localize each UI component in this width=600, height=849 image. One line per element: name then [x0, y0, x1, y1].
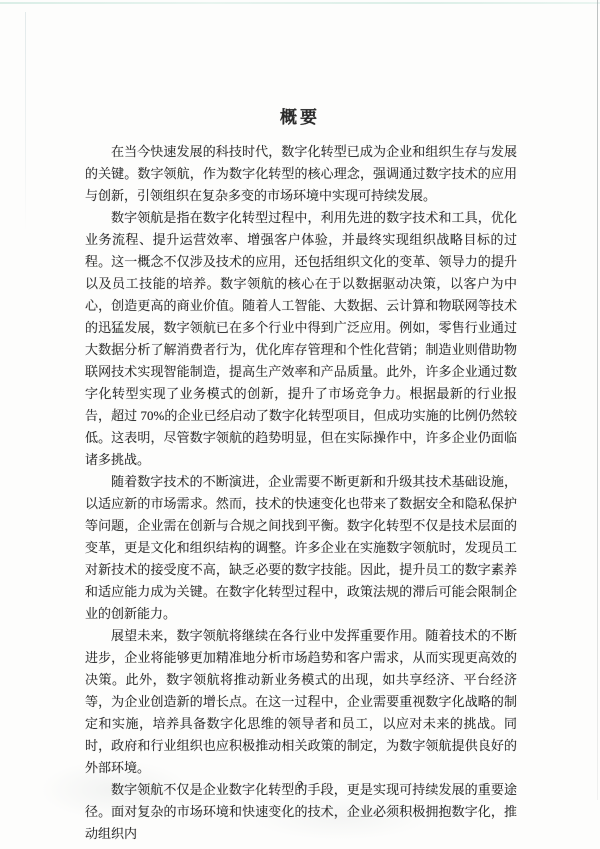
- page-number: 2: [0, 779, 600, 791]
- document-body: 在当今快速发展的科技时代，数字化转型已成为企业和组织生存与发展的关键。数字领航，…: [85, 141, 517, 845]
- paragraph-1: 在当今快速发展的科技时代，数字化转型已成为企业和组织生存与发展的关键。数字领航，…: [85, 141, 517, 207]
- scanned-document-page: 概要 在当今快速发展的科技时代，数字化转型已成为企业和组织生存与发展的关键。数字…: [0, 0, 600, 849]
- paragraph-2: 数字领航是指在数字化转型过程中，利用先进的数字技术和工具，优化业务流程、提升运营…: [85, 207, 517, 471]
- paragraph-4: 展望未来，数字领航将继续在各行业中发挥重要作用。随着技术的不断进步，企业将能够更…: [85, 625, 517, 779]
- paragraph-3: 随着数字技术的不断演进，企业需要不断更新和升级其技术基础设施，以适应新的市场需求…: [85, 471, 517, 625]
- document-title: 概要: [0, 0, 600, 128]
